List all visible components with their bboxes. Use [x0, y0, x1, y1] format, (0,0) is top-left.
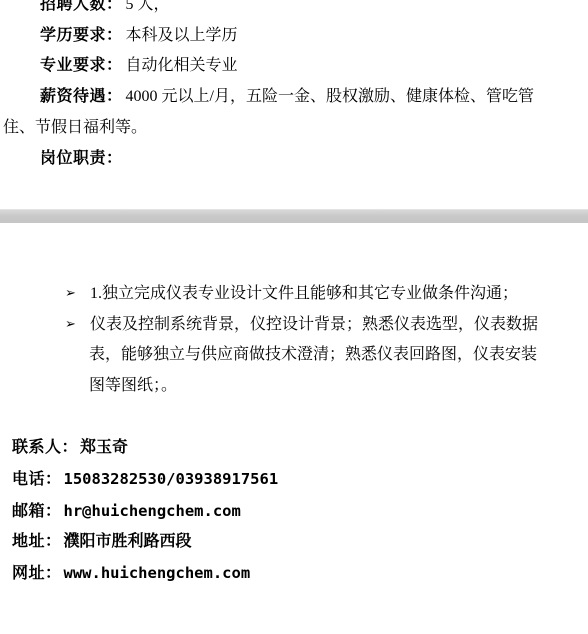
contact-info-section: 联系人：郑玉奇 电话：15083282530/03938917561 邮箱：hr… — [12, 433, 278, 590]
salary-value-line1: 4000 元以上/月，五险一金、股权激励、健康体检、管吃管 — [126, 88, 534, 105]
recruit-count-row: 招聘人数：5 人， — [0, 0, 588, 21]
contact-website-value: www.huichengchem.com — [64, 564, 251, 582]
contact-website-label: 网址： — [12, 565, 62, 582]
contact-email-label: 邮箱： — [12, 503, 62, 520]
recruit-count-value: 5 人， — [126, 0, 170, 13]
salary-row-wrap: 住、节假日福利等。 — [0, 113, 588, 144]
contact-address-value: 濮阳市胜利路西段 — [64, 533, 192, 550]
duties-list: ➢1.独立完成仪表专业设计文件且能够和其它专业做条件沟通； ➢仪表及控制系统背景… — [0, 279, 588, 401]
recruit-count-label: 招聘人数： — [40, 0, 123, 13]
salary-value-line2: 住、节假日福利等。 — [3, 119, 147, 136]
contact-phone-value: 15083282530/03938917561 — [64, 470, 279, 488]
arrow-bullet-icon: ➢ — [65, 310, 90, 341]
salary-label: 薪资待遇： — [40, 88, 123, 105]
arrow-bullet-icon: ➢ — [65, 279, 90, 310]
document-page: 招聘人数：5 人， 学历要求：本科及以上学历 专业要求：自动化相关专业 薪资待遇… — [0, 0, 588, 634]
section-divider-bar — [0, 209, 588, 223]
job-info-section: 招聘人数：5 人， 学历要求：本科及以上学历 专业要求：自动化相关专业 薪资待遇… — [0, 0, 588, 174]
salary-row: 薪资待遇：4000 元以上/月，五险一金、股权激励、健康体检、管吃管 — [0, 82, 588, 113]
contact-address-label: 地址： — [12, 533, 62, 550]
list-item: ➢1.独立完成仪表专业设计文件且能够和其它专业做条件沟通； — [0, 279, 588, 310]
contact-person-label: 联系人： — [12, 439, 78, 456]
major-row: 专业要求：自动化相关专业 — [0, 51, 588, 82]
duty-item-2-text-line1: 仪表及控制系统背景，仪控设计背景；熟悉仪表选型，仪表数据 — [90, 316, 538, 333]
duty-header-label: 岗位职责： — [40, 150, 123, 167]
contact-email-row: 邮箱：hr@huichengchem.com — [12, 496, 278, 528]
contact-person-row: 联系人：郑玉奇 — [12, 433, 278, 464]
education-value: 本科及以上学历 — [126, 27, 238, 44]
duty-header-row: 岗位职责： — [0, 144, 588, 175]
duty-item-2-text-line2: 表，能够独立与供应商做技术澄清；熟悉仪表回路图，仪表安装 — [0, 340, 588, 371]
contact-email-value: hr@huichengchem.com — [64, 502, 241, 520]
education-row: 学历要求：本科及以上学历 — [0, 21, 588, 52]
contact-website-row: 网址：www.huichengchem.com — [12, 558, 278, 590]
contact-phone-row: 电话：15083282530/03938917561 — [12, 464, 278, 496]
list-item: ➢仪表及控制系统背景，仪控设计背景；熟悉仪表选型，仪表数据 — [0, 310, 588, 341]
contact-phone-label: 电话： — [12, 471, 62, 488]
duty-item-1-text: 1.独立完成仪表专业设计文件且能够和其它专业做条件沟通； — [90, 285, 518, 302]
contact-person-value: 郑玉奇 — [80, 439, 128, 456]
major-value: 自动化相关专业 — [126, 57, 238, 74]
major-label: 专业要求： — [40, 57, 123, 74]
duty-item-2-text-line3: 图等图纸；。 — [0, 371, 588, 402]
education-label: 学历要求： — [40, 27, 123, 44]
contact-address-row: 地址：濮阳市胜利路西段 — [12, 527, 278, 558]
